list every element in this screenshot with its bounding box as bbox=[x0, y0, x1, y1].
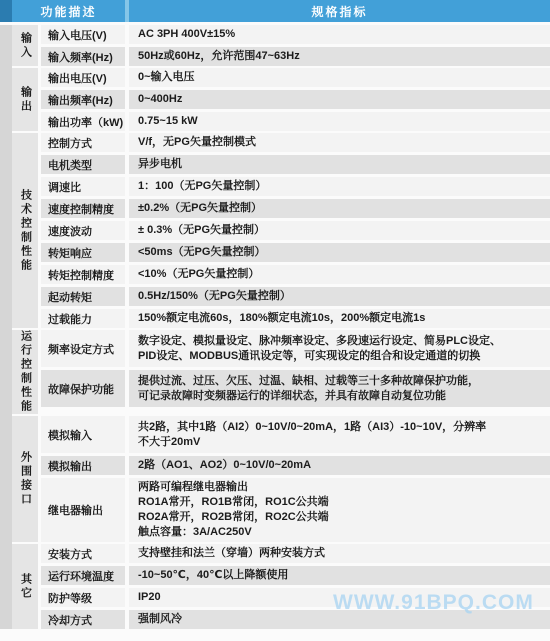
param-name-cell: 冷却方式 bbox=[41, 610, 125, 629]
param-name-cell: 故障保护功能 bbox=[41, 370, 125, 407]
table-row: 防护等级IP20 bbox=[41, 588, 550, 607]
spec-value-cell: 两路可编程继电器输出 RO1A常开，RO1B常闭，RO1C公共端 RO2A常开，… bbox=[129, 478, 550, 542]
spec-value-cell: 强制风冷 bbox=[129, 610, 550, 629]
param-name-cell: 控制方式 bbox=[41, 133, 125, 152]
table-row: 调速比1：100（无PG矢量控制） bbox=[41, 177, 550, 196]
table-row: 模拟输入共2路，其中1路（AI2）0~10V/0~20mA，1路（AI3）-10… bbox=[41, 416, 550, 453]
param-name-cell: 速度波动 bbox=[41, 221, 125, 240]
spec-value-text: 支持壁挂和法兰（穿墙）两种安装方式 bbox=[138, 546, 325, 561]
param-name-cell: 输出频率(Hz) bbox=[41, 90, 125, 109]
param-name-cell: 电机类型 bbox=[41, 155, 125, 174]
spec-value-cell: 150%额定电流60s，180%额定电流10s，200%额定电流1s bbox=[129, 309, 550, 328]
group-rows: 安装方式支持壁挂和法兰（穿墙）两种安装方式运行环境温度-10~50℃，40℃以上… bbox=[41, 544, 550, 629]
table-row: 模拟输出2路（AO1、AO2）0~10V/0~20mA bbox=[41, 456, 550, 475]
table-row: 输出功率（kW)0.75~15 kW bbox=[41, 112, 550, 131]
group-rows: 输入电压(V)AC 3PH 400V±15%输入频率(Hz)50Hz或60Hz，… bbox=[41, 25, 550, 66]
group-rows: 频率设定方式数字设定、模拟量设定、脉冲频率设定、多段速运行设定、简易PLC设定、… bbox=[41, 330, 550, 414]
spec-value-text: 0~400Hz bbox=[138, 92, 182, 107]
param-name-cell: 速度控制精度 bbox=[41, 199, 125, 218]
param-name-cell: 安装方式 bbox=[41, 544, 125, 563]
spec-value-text: IP20 bbox=[138, 590, 161, 605]
table-row: 冷却方式强制风冷 bbox=[41, 610, 550, 629]
category-label: 其它 bbox=[20, 573, 31, 601]
table-row: 安装方式支持壁挂和法兰（穿墙）两种安装方式 bbox=[41, 544, 550, 563]
spec-value-cell: 0~400Hz bbox=[129, 90, 550, 109]
table-row: 输出频率(Hz)0~400Hz bbox=[41, 90, 550, 109]
group-rows: 控制方式V/f，无PG矢量控制模式电机类型异步电机调速比1：100（无PG矢量控… bbox=[41, 133, 550, 328]
param-name-cell: 输入电压(V) bbox=[41, 25, 125, 44]
category-cell: 输入 bbox=[12, 25, 38, 66]
table-row: 起动转矩0.5Hz/150%（无PG矢量控制） bbox=[41, 287, 550, 306]
param-name-cell: 输出功率（kW) bbox=[41, 112, 125, 131]
spec-value-cell: 异步电机 bbox=[129, 155, 550, 174]
table-body: 输入输入电压(V)AC 3PH 400V±15%输入频率(Hz)50Hz或60H… bbox=[0, 25, 550, 629]
spec-value-text: <50ms（无PG矢量控制） bbox=[138, 245, 265, 260]
spec-value-text: 数字设定、模拟量设定、脉冲频率设定、多段速运行设定、简易PLC设定、 PID设定… bbox=[138, 334, 501, 364]
spec-value-cell: ±0.2%（无PG矢量控制） bbox=[129, 199, 550, 218]
table-group: 技术控制性能控制方式V/f，无PG矢量控制模式电机类型异步电机调速比1：100（… bbox=[12, 133, 550, 328]
spec-value-cell: 1：100（无PG矢量控制） bbox=[129, 177, 550, 196]
spec-value-text: 共2路，其中1路（AI2）0~10V/0~20mA，1路（AI3）-10~10V… bbox=[138, 420, 486, 450]
spec-value-cell: 共2路，其中1路（AI2）0~10V/0~20mA，1路（AI3）-10~10V… bbox=[129, 416, 550, 453]
category-cell: 运行控制性能 bbox=[12, 330, 38, 414]
table-row: 故障保护功能提供过流、过压、欠压、过温、缺相、过载等三十多种故障保护功能， 可记… bbox=[41, 370, 550, 407]
param-name-cell: 转矩响应 bbox=[41, 243, 125, 262]
category-label: 外围接口 bbox=[20, 451, 31, 507]
param-name-cell: 过载能力 bbox=[41, 309, 125, 328]
spec-value-text: 0~输入电压 bbox=[138, 70, 195, 85]
category-cell: 输出 bbox=[12, 68, 38, 131]
column-header-spec: 规格指标 bbox=[129, 0, 550, 22]
spec-value-cell: 50Hz或60Hz，允许范围47~63Hz bbox=[129, 47, 550, 66]
table-row: 控制方式V/f，无PG矢量控制模式 bbox=[41, 133, 550, 152]
spec-value-text: 50Hz或60Hz，允许范围47~63Hz bbox=[138, 49, 300, 64]
param-name-cell: 转矩控制精度 bbox=[41, 265, 125, 284]
group-rows: 输出电压(V)0~输入电压输出频率(Hz)0~400Hz输出功率（kW)0.75… bbox=[41, 68, 550, 131]
spec-value-text: <10%（无PG矢量控制） bbox=[138, 267, 259, 282]
category-label: 输入 bbox=[20, 32, 31, 60]
spec-value-text: 异步电机 bbox=[138, 157, 182, 172]
spec-value-cell: ± 0.3%（无PG矢量控制） bbox=[129, 221, 550, 240]
table-row: 输入电压(V)AC 3PH 400V±15% bbox=[41, 25, 550, 44]
spec-value-text: 强制风冷 bbox=[138, 612, 182, 627]
param-name-cell: 频率设定方式 bbox=[41, 330, 125, 367]
table-row: 运行环境温度-10~50℃，40℃以上降额使用 bbox=[41, 566, 550, 585]
param-name-cell: 模拟输入 bbox=[41, 416, 125, 453]
table-group: 输入输入电压(V)AC 3PH 400V±15%输入频率(Hz)50Hz或60H… bbox=[12, 25, 550, 66]
spec-value-text: 0.75~15 kW bbox=[138, 114, 198, 129]
table-groups: 输入输入电压(V)AC 3PH 400V±15%输入频率(Hz)50Hz或60H… bbox=[12, 25, 550, 629]
spec-value-text: 0.5Hz/150%（无PG矢量控制） bbox=[138, 289, 291, 304]
table-row: 速度控制精度±0.2%（无PG矢量控制） bbox=[41, 199, 550, 218]
spec-value-cell: V/f，无PG矢量控制模式 bbox=[129, 133, 550, 152]
column-header-function: 功能描述 bbox=[12, 0, 125, 22]
spec-value-cell: 数字设定、模拟量设定、脉冲频率设定、多段速运行设定、简易PLC设定、 PID设定… bbox=[129, 330, 550, 367]
param-name-cell: 输出电压(V) bbox=[41, 68, 125, 87]
table-row: 速度波动± 0.3%（无PG矢量控制） bbox=[41, 221, 550, 240]
spec-value-text: 150%额定电流60s，180%额定电流10s，200%额定电流1s bbox=[138, 311, 425, 326]
spec-value-text: -10~50℃，40℃以上降额使用 bbox=[138, 568, 288, 583]
table-row: 输入频率(Hz)50Hz或60Hz，允许范围47~63Hz bbox=[41, 47, 550, 66]
param-name-cell: 运行环境温度 bbox=[41, 566, 125, 585]
table-group: 外围接口模拟输入共2路，其中1路（AI2）0~10V/0~20mA，1路（AI3… bbox=[12, 416, 550, 542]
param-name-cell: 调速比 bbox=[41, 177, 125, 196]
table-header-row: 功能描述 规格指标 bbox=[0, 0, 550, 22]
spec-value-text: AC 3PH 400V±15% bbox=[138, 27, 235, 42]
spec-value-cell: IP20 bbox=[129, 588, 550, 607]
group-rows: 模拟输入共2路，其中1路（AI2）0~10V/0~20mA，1路（AI3）-10… bbox=[41, 416, 550, 542]
spec-value-cell: <50ms（无PG矢量控制） bbox=[129, 243, 550, 262]
spec-value-cell: 提供过流、过压、欠压、过温、缺相、过载等三十多种故障保护功能， 可记录故障时变频… bbox=[129, 370, 550, 407]
spec-value-cell: -10~50℃，40℃以上降额使用 bbox=[129, 566, 550, 585]
category-label: 技术控制性能 bbox=[20, 189, 31, 273]
table-row: 频率设定方式数字设定、模拟量设定、脉冲频率设定、多段速运行设定、简易PLC设定、… bbox=[41, 330, 550, 367]
spec-value-text: 2路（AO1、AO2）0~10V/0~20mA bbox=[138, 458, 311, 473]
table-row: 输出电压(V)0~输入电压 bbox=[41, 68, 550, 87]
table-row: 转矩响应<50ms（无PG矢量控制） bbox=[41, 243, 550, 262]
table-group: 输出输出电压(V)0~输入电压输出频率(Hz)0~400Hz输出功率（kW)0.… bbox=[12, 68, 550, 131]
spec-value-cell: 0.75~15 kW bbox=[129, 112, 550, 131]
param-name-cell: 模拟输出 bbox=[41, 456, 125, 475]
table-group: 其它安装方式支持壁挂和法兰（穿墙）两种安装方式运行环境温度-10~50℃，40℃… bbox=[12, 544, 550, 629]
spec-value-cell: 支持壁挂和法兰（穿墙）两种安装方式 bbox=[129, 544, 550, 563]
spec-value-cell: 0.5Hz/150%（无PG矢量控制） bbox=[129, 287, 550, 306]
spec-table: 功能描述 规格指标 输入输入电压(V)AC 3PH 400V±15%输入频率(H… bbox=[0, 0, 550, 641]
spec-value-text: 1：100（无PG矢量控制） bbox=[138, 179, 266, 194]
param-name-cell: 输入频率(Hz) bbox=[41, 47, 125, 66]
category-cell: 其它 bbox=[12, 544, 38, 629]
spec-value-text: ± 0.3%（无PG矢量控制） bbox=[138, 223, 265, 238]
table-row: 过载能力150%额定电流60s，180%额定电流10s，200%额定电流1s bbox=[41, 309, 550, 328]
spec-value-cell: 0~输入电压 bbox=[129, 68, 550, 87]
param-name-cell: 继电器输出 bbox=[41, 478, 125, 542]
category-cell: 技术控制性能 bbox=[12, 133, 38, 328]
category-cell: 外围接口 bbox=[12, 416, 38, 542]
category-label: 运行控制性能 bbox=[20, 330, 31, 414]
spec-value-cell: AC 3PH 400V±15% bbox=[129, 25, 550, 44]
table-row: 继电器输出两路可编程继电器输出 RO1A常开，RO1B常闭，RO1C公共端 RO… bbox=[41, 478, 550, 542]
left-gutter bbox=[0, 25, 12, 629]
spec-value-text: 提供过流、过压、欠压、过温、缺相、过载等三十多种故障保护功能， 可记录故障时变频… bbox=[138, 374, 479, 404]
header-corner bbox=[0, 0, 12, 22]
spec-value-cell: <10%（无PG矢量控制） bbox=[129, 265, 550, 284]
param-name-cell: 防护等级 bbox=[41, 588, 125, 607]
spec-value-text: V/f，无PG矢量控制模式 bbox=[138, 135, 256, 150]
param-name-cell: 起动转矩 bbox=[41, 287, 125, 306]
table-group: 运行控制性能频率设定方式数字设定、模拟量设定、脉冲频率设定、多段速运行设定、简易… bbox=[12, 330, 550, 414]
spec-value-text: 两路可编程继电器输出 RO1A常开，RO1B常闭，RO1C公共端 RO2A常开，… bbox=[138, 480, 329, 540]
category-label: 输出 bbox=[20, 86, 31, 114]
table-row: 转矩控制精度<10%（无PG矢量控制） bbox=[41, 265, 550, 284]
table-row: 电机类型异步电机 bbox=[41, 155, 550, 174]
spec-value-cell: 2路（AO1、AO2）0~10V/0~20mA bbox=[129, 456, 550, 475]
spec-value-text: ±0.2%（无PG矢量控制） bbox=[138, 201, 262, 216]
